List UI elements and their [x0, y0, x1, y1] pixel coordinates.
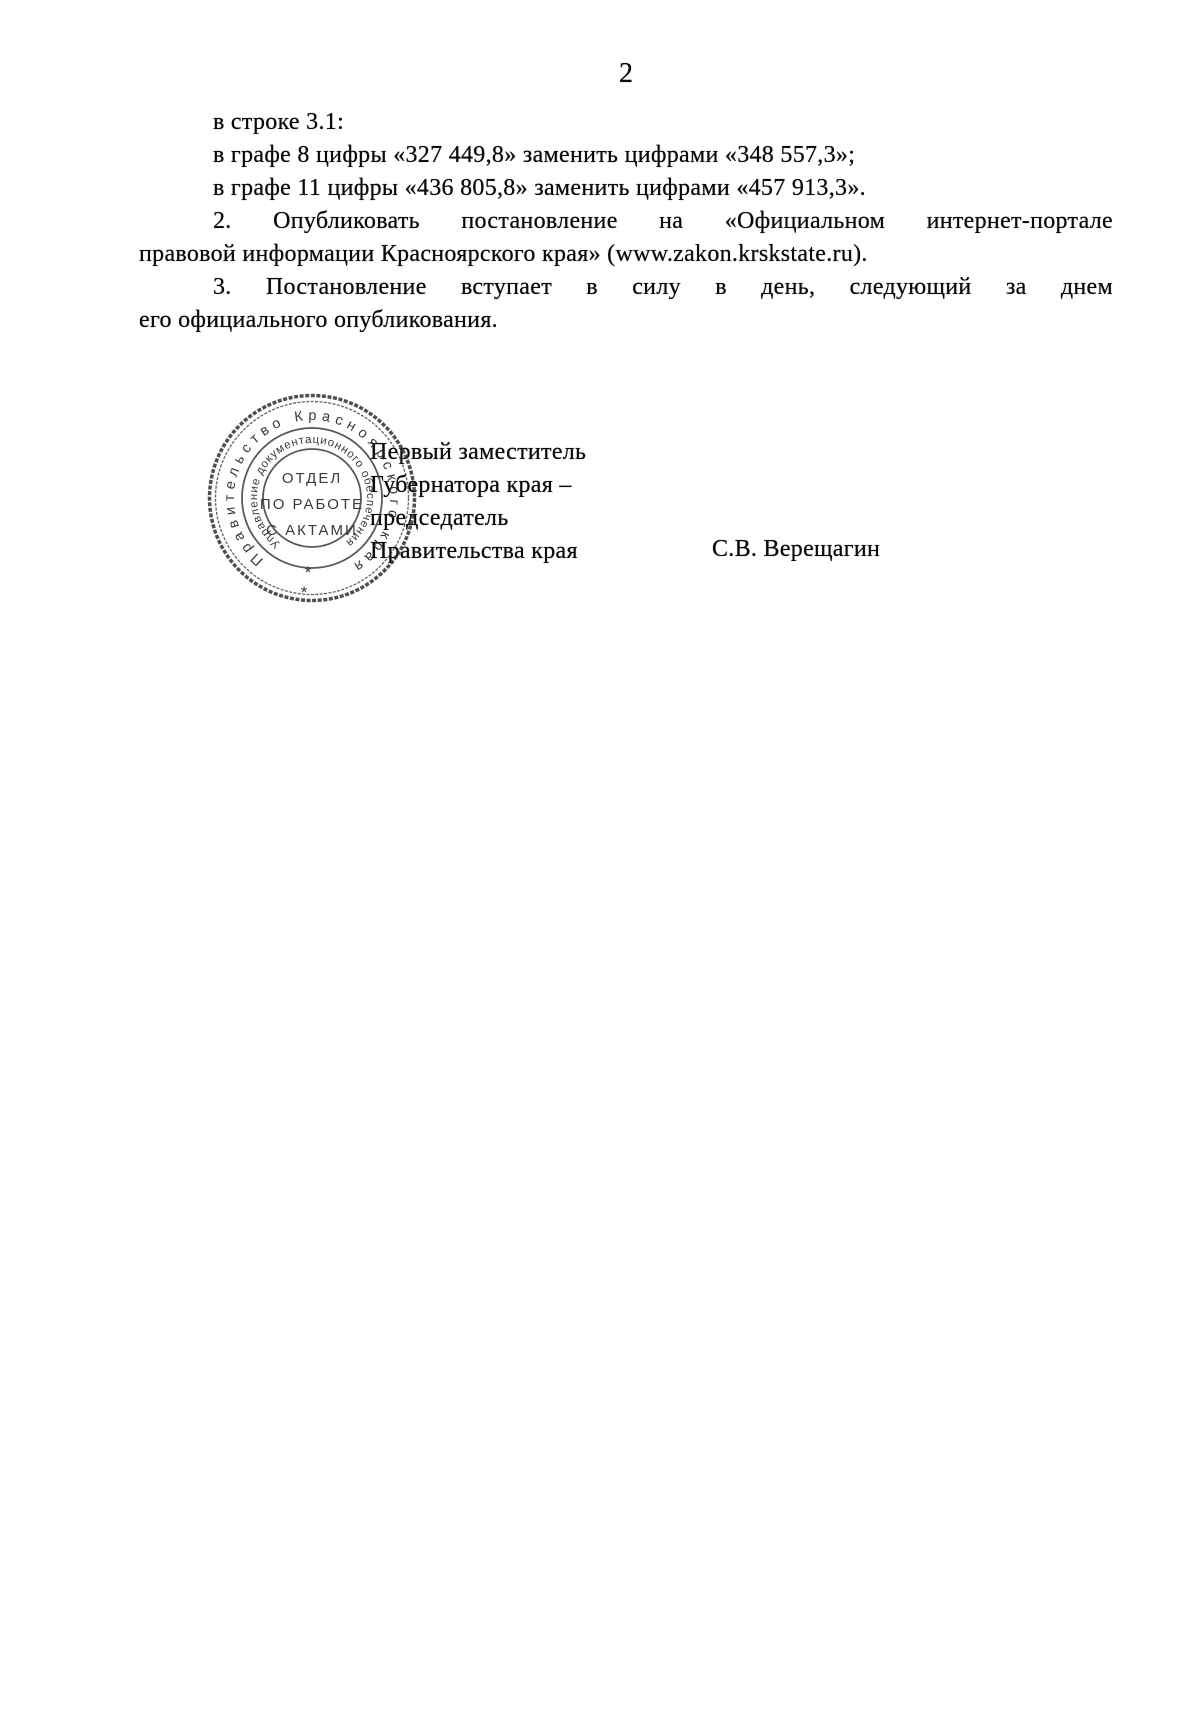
- document-page: 2 в строке 3.1: в графе 8 цифры «327 449…: [0, 0, 1200, 1716]
- stamp-middle-ring-text: Управление документационного обеспечения: [248, 434, 376, 550]
- stamp-inner-circle: [263, 449, 361, 547]
- document-line: правовой информации Красноярского края» …: [139, 238, 1113, 271]
- stamp-center-line: С АКТАМИ: [266, 522, 358, 539]
- stamp-center-line: ОТДЕЛ: [282, 470, 342, 487]
- stamp-center-line: ПО РАБОТЕ: [260, 496, 364, 513]
- stamp-middle-circle: [242, 428, 382, 568]
- signature-title-line: Правительства края: [370, 535, 700, 568]
- document-line: его официального опубликования.: [139, 304, 1113, 337]
- signature-title-line: Губернатора края –: [370, 469, 700, 502]
- stamp-star-icon: *: [301, 583, 308, 602]
- signature-title-line: председатель: [370, 502, 700, 535]
- document-line: в графе 11 цифры «436 805,8» заменить ци…: [139, 172, 1113, 205]
- signatory-name: С.В. Верещагин: [712, 533, 880, 566]
- stamp-star-icon: *: [305, 563, 312, 582]
- signature-title-line: Первый заместитель: [370, 436, 700, 469]
- document-line: в графе 8 цифры «327 449,8» заменить циф…: [139, 139, 1113, 172]
- signature-title-block: Первый заместитель Губернатора края – пр…: [370, 436, 700, 568]
- page-number: 2: [139, 58, 1113, 90]
- document-line: в строке 3.1:: [139, 106, 1113, 139]
- document-line: 3. Постановление вступает в силу в день,…: [139, 271, 1113, 304]
- stamp-center-text: ОТДЕЛ ПО РАБОТЕ С АКТАМИ * *: [260, 470, 364, 602]
- document-line: 2. Опубликовать постановление на «Официа…: [139, 205, 1113, 238]
- document-body: в строке 3.1: в графе 8 цифры «327 449,8…: [139, 106, 1113, 337]
